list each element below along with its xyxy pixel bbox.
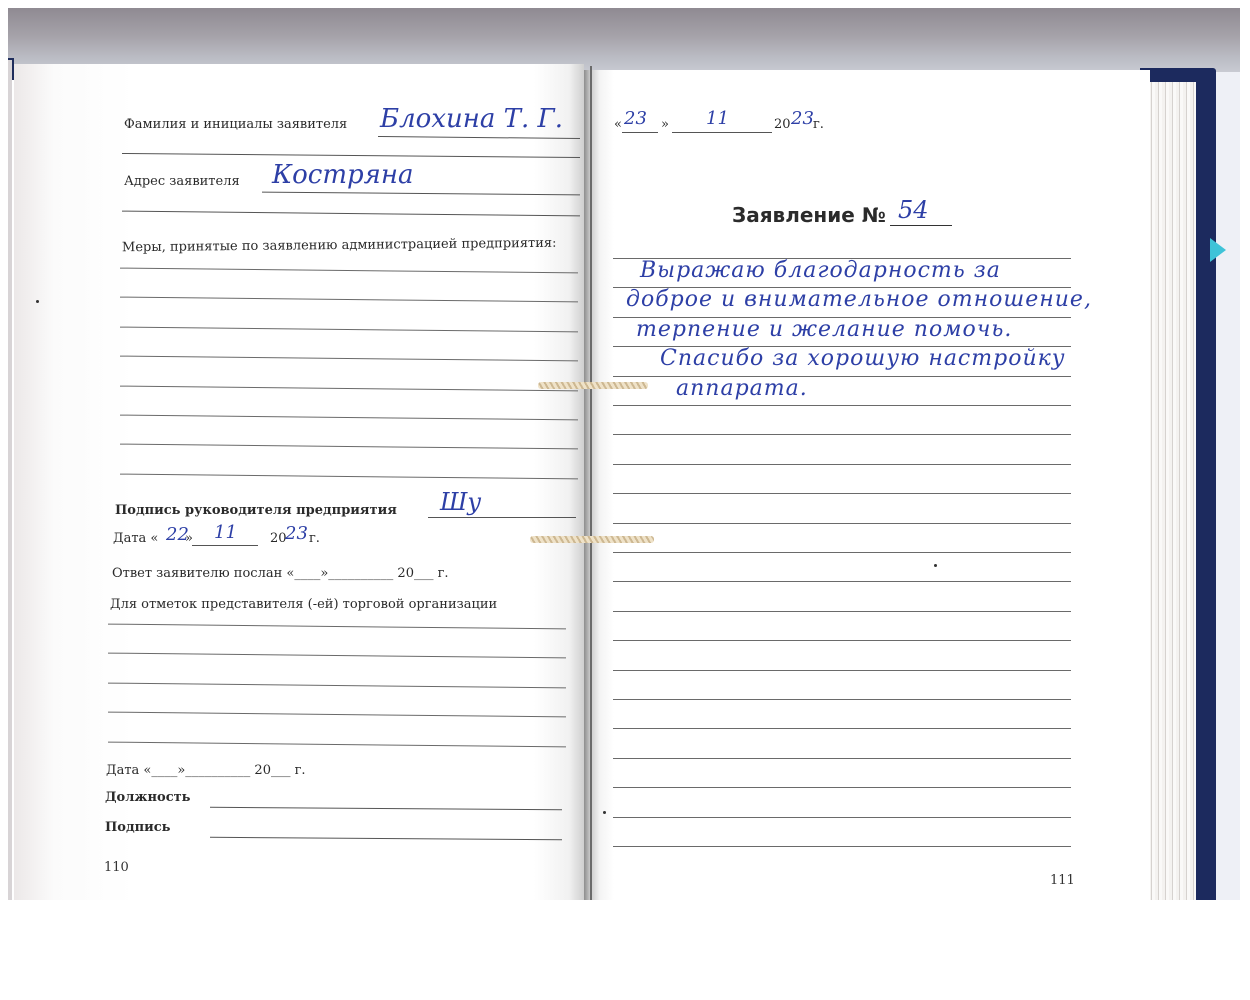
scan-speck <box>603 811 606 814</box>
date-month-underline <box>192 545 258 546</box>
statement-title: Заявление № <box>732 203 886 227</box>
rule-line <box>613 581 1071 582</box>
rule-line <box>613 817 1071 818</box>
date-year-end: г. <box>813 117 824 132</box>
date-day-underline <box>622 132 658 133</box>
rule-line <box>613 523 1071 524</box>
date-month: 11 <box>706 108 729 129</box>
date-year-prefix: 20 <box>774 117 791 132</box>
date-label: Дата « <box>113 531 158 546</box>
rule-line <box>613 699 1071 700</box>
rule-line <box>613 611 1071 612</box>
rule-line <box>613 670 1071 671</box>
date-open-quote: « <box>614 117 622 132</box>
handwritten-line: аппарата. <box>676 376 808 401</box>
date-close-quote: » <box>661 117 669 132</box>
page-number-right: 111 <box>1050 873 1075 888</box>
statement-number: 54 <box>898 196 929 224</box>
rule-line <box>613 493 1071 494</box>
date-day: 23 <box>624 108 647 129</box>
handwritten-line: терпение и желание помочь. <box>636 317 1012 342</box>
date-month-underline <box>672 132 772 133</box>
reply-sent-label: Ответ заявителю послан «____»__________ … <box>112 566 449 581</box>
rule-line <box>613 434 1071 435</box>
bookmark-tab <box>1210 238 1226 262</box>
rule-line <box>613 640 1071 641</box>
applicant-address-value: Костряна <box>272 160 413 190</box>
manager-signature-value: Шу <box>440 488 481 516</box>
scan-speck <box>934 564 937 567</box>
handwritten-line: Спасибо за хорошую настройку <box>660 346 1066 371</box>
page-number-left: 110 <box>104 860 129 875</box>
scan-background-top <box>8 8 1240 72</box>
date-year-suffix: 23 <box>285 523 308 544</box>
position-label: Должность <box>105 790 191 805</box>
right-page <box>584 70 1150 900</box>
scan-left-strip <box>8 60 12 900</box>
scan-speck <box>36 300 39 303</box>
rule-line <box>613 728 1071 729</box>
date-year-end: г. <box>309 531 320 546</box>
binding-thread-bottom <box>530 536 654 543</box>
handwritten-line: доброе и внимательное отношение, <box>626 287 1092 312</box>
date-month: 11 <box>214 522 237 543</box>
applicant-name-value: Блохина Т. Г. <box>380 104 563 134</box>
applicant-name-label: Фамилия и инициалы заявителя <box>124 117 347 132</box>
rule-line <box>613 464 1071 465</box>
manager-signature-label: Подпись руководителя предприятия <box>115 503 397 518</box>
page-stack-edge <box>1148 82 1196 900</box>
statement-number-underline <box>890 225 952 226</box>
rule-line <box>613 405 1071 406</box>
date-close-quote: » <box>185 531 193 546</box>
applicant-address-label: Адрес заявителя <box>124 174 240 189</box>
trade-rep-label: Для отметок представителя (-ей) торговой… <box>110 597 497 612</box>
rule-line <box>613 846 1071 847</box>
rule-line <box>613 552 1071 553</box>
rule-line <box>613 758 1071 759</box>
bottom-date-label: Дата «____»__________ 20___ г. <box>106 763 306 778</box>
handwritten-line: Выражаю благодарность за <box>640 258 1001 283</box>
date-year-suffix: 23 <box>791 108 814 129</box>
book-spine <box>590 66 592 900</box>
scan-background-right <box>1216 72 1240 900</box>
rule-line <box>613 787 1071 788</box>
signature-label: Подпись <box>105 820 171 835</box>
manager-signature-underline <box>428 517 576 518</box>
binding-thread-top <box>538 382 648 389</box>
